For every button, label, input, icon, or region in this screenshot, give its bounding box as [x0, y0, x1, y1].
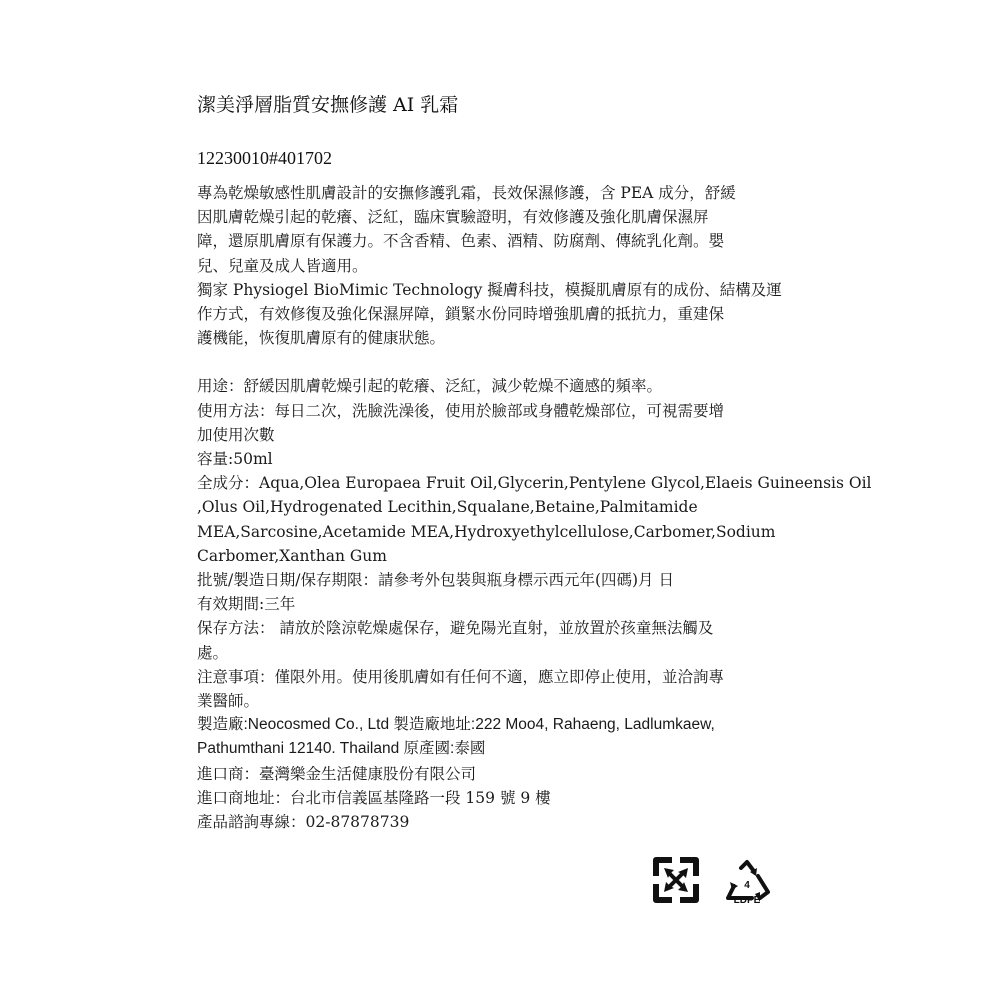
product-title: 潔美淨層脂質安撫修護 AI 乳霜 [197, 92, 817, 118]
shelf-life-text: 有效期間:三年 [197, 592, 817, 616]
description-line: 因肌膚乾燥引起的乾癢、泛紅，臨床實驗證明，有效修護及強化肌膚保濕屏 [197, 205, 817, 229]
product-code: 12230010#401702 [197, 146, 817, 170]
usage-text: 用途：舒緩因肌膚乾燥引起的乾癢、泛紅，減少乾燥不適感的頻率。 [197, 374, 817, 398]
storage-line: 處。 [197, 641, 817, 665]
volume-text: 容量:50ml [197, 447, 817, 471]
storage-line: 保存方法： 請放於陰涼乾燥處保存，避免陽光直射，並放置於孩童無法觸及 [197, 616, 817, 640]
batch-text: 批號/製造日期/保存期限：請參考外包裝與瓶身標示西元年(四碼)月 日 [197, 568, 817, 592]
manufacturer-line: Pathumthani 12140. Thailand 原產國:泰國 [197, 737, 817, 761]
taiwan-recycling-icon [652, 856, 700, 904]
spacer [197, 350, 817, 374]
description-line: 兒、兒童及成人皆適用。 [197, 254, 817, 278]
description-block: 專為乾燥敏感性肌膚設計的安撫修護乳霜，長效保濕修護，含 PEA 成分，舒緩 因肌… [197, 181, 817, 350]
manufacturer-line: 製造廠:Neocosmed Co., Ltd 製造廠地址:222 Moo4, R… [197, 713, 817, 737]
hotline-text: 產品諮詢專線：02-87878739 [197, 810, 817, 834]
product-label-document: 潔美淨層脂質安撫修護 AI 乳霜 12230010#401702 專為乾燥敏感性… [197, 92, 817, 834]
description-line: 作方式，有效修復及強化保濕屏障，鎖緊水份同時增強肌膚的抵抗力，重建保 [197, 302, 817, 326]
ingredients-line: ,Olus Oil,Hydrogenated Lecithin,Squalane… [197, 495, 817, 519]
ingredients-line: 全成分：Aqua,Olea Europaea Fruit Oil,Glyceri… [197, 471, 817, 495]
ldpe-number: 4 [744, 880, 750, 891]
importer-text: 進口商：臺灣樂金生活健康股份有限公司 [197, 762, 817, 786]
ldpe-label: LDPE [722, 895, 772, 906]
recycling-icons: 4 LDPE [652, 852, 772, 912]
cautions-line: 注意事項：僅限外用。使用後肌膚如有任何不適，應立即停止使用，並洽詢專 [197, 665, 817, 689]
description-line: 獨家 Physiogel BioMimic Technology 擬膚科技，模擬… [197, 278, 817, 302]
directions-line: 使用方法：每日二次，洗臉洗澡後，使用於臉部或身體乾燥部位，可視需要增 [197, 399, 817, 423]
description-line: 障，還原肌膚原有保護力。不含香精、色素、酒精、防腐劑、傳統乳化劑。嬰 [197, 229, 817, 253]
cautions-line: 業醫師。 [197, 689, 817, 713]
directions-line: 加使用次數 [197, 423, 817, 447]
ingredients-line: MEA,Sarcosine,Acetamide MEA,Hydroxyethyl… [197, 520, 817, 544]
description-line: 專為乾燥敏感性肌膚設計的安撫修護乳霜，長效保濕修護，含 PEA 成分，舒緩 [197, 181, 817, 205]
description-line: 護機能，恢復肌膚原有的健康狀態。 [197, 326, 817, 350]
importer-address-text: 進口商地址：台北市信義區基隆路一段 159 號 9 樓 [197, 786, 817, 810]
details-block: 用途：舒緩因肌膚乾燥引起的乾癢、泛紅，減少乾燥不適感的頻率。 使用方法：每日二次… [197, 374, 817, 834]
ingredients-line: Carbomer,Xanthan Gum [197, 544, 817, 568]
